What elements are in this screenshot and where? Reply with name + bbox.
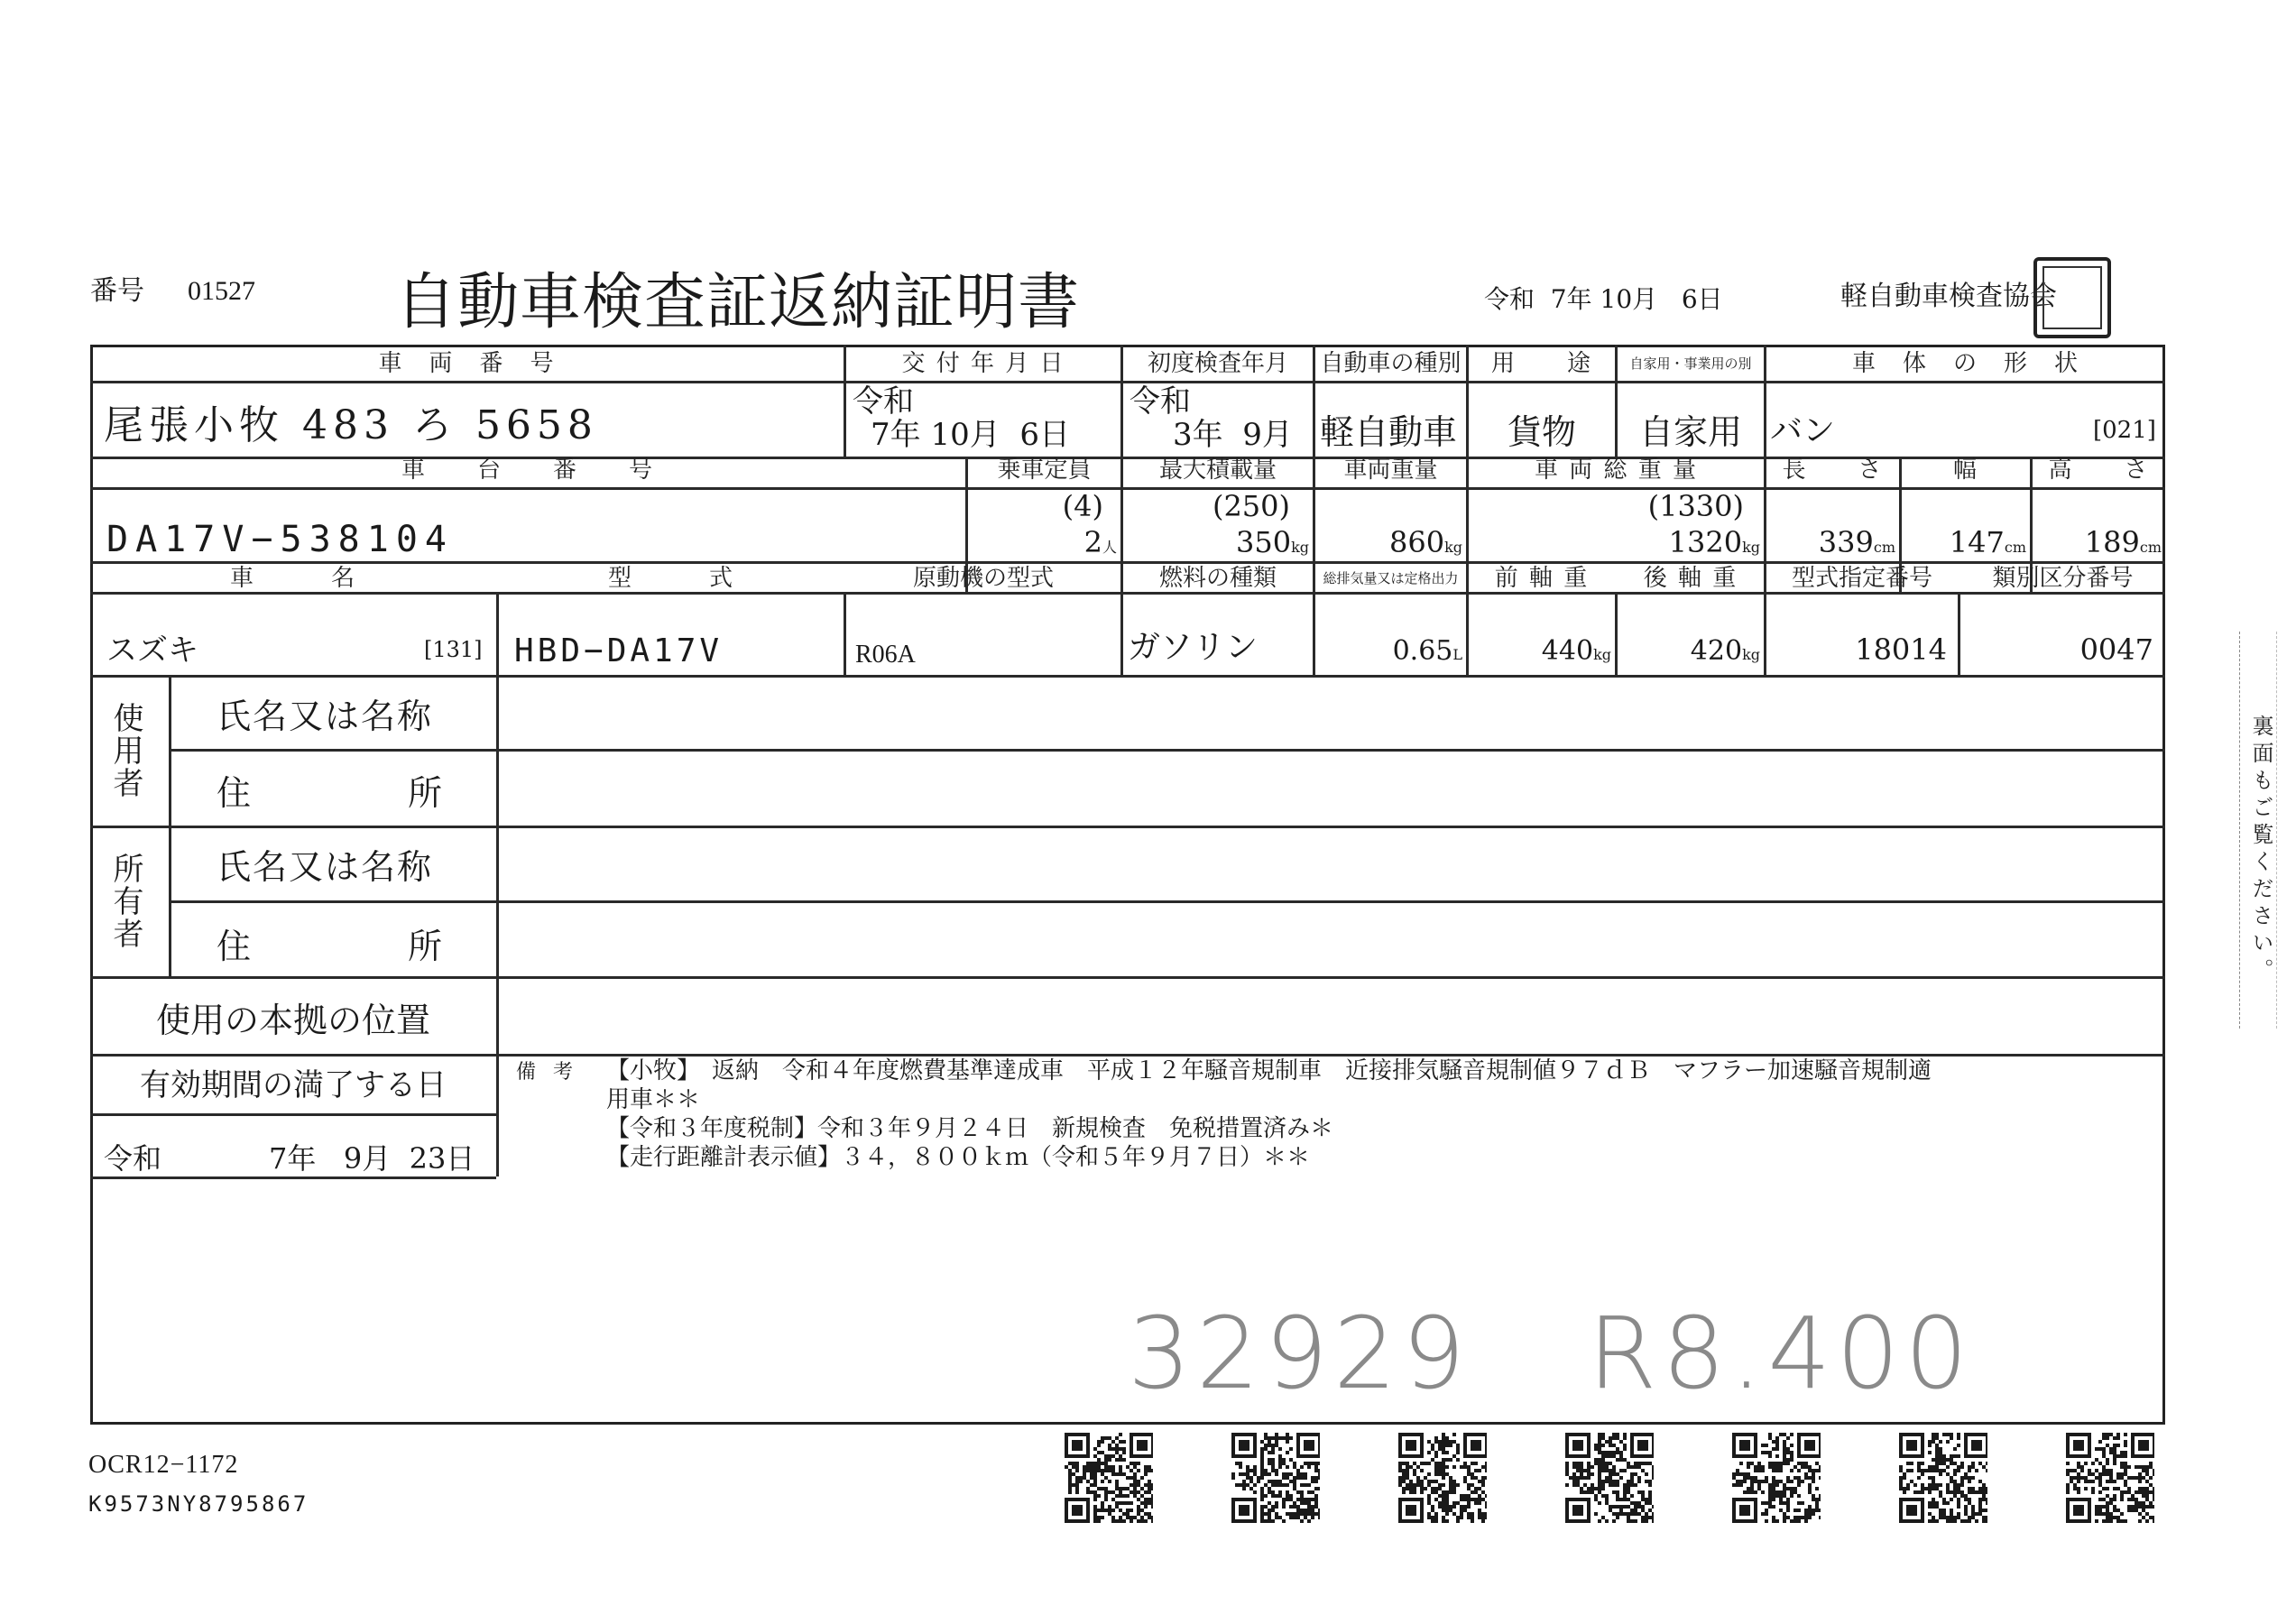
length-number: 339	[1819, 525, 1874, 559]
chassis-number-value: DA17V−538104	[106, 521, 454, 558]
qr-code-4-icon	[1565, 1433, 1654, 1523]
header-car-name: 車 名	[90, 567, 496, 590]
header-width: 幅	[1902, 458, 2030, 482]
header-front-axle: 前 軸 重	[1469, 567, 1615, 590]
expiry-date: 7年 9月 23日	[269, 1144, 475, 1173]
max-load-unit: kg	[1291, 539, 1309, 556]
vehicle-number-value: 尾張小牧 483 ろ 5658	[104, 406, 598, 446]
expiry-label: 有効期間の満了する日	[90, 1070, 496, 1101]
owner-name-label: 氏名又は名称	[217, 850, 433, 884]
displacement-value: 0.65L	[1315, 635, 1462, 667]
owner-group-label: 所有者	[110, 853, 141, 950]
height-number: 189	[2085, 525, 2140, 559]
issuer-name: 軽自動車検査協会	[1840, 283, 2057, 310]
document-number: 01527	[188, 278, 255, 305]
header-rear-axle: 後 軸 重	[1618, 567, 1764, 590]
width-value: 147cm	[1902, 525, 2026, 559]
header-model: 型 式	[499, 567, 844, 590]
header-issue-date: 交 付 年 月 日	[846, 352, 1120, 375]
length-unit: cm	[1874, 539, 1895, 556]
private-business-value: 自家用	[1618, 415, 1764, 449]
max-load-number: 350	[1236, 525, 1291, 559]
base-location-label: 使用の本拠の位置	[90, 1003, 496, 1038]
gross-weight-paren-value: (1330)	[1469, 492, 1744, 521]
header-type-designation: 型式指定番号	[1766, 567, 1958, 590]
first-inspection-value: 3年 9月	[1173, 420, 1293, 450]
width-number: 147	[1950, 525, 2005, 559]
width-unit: cm	[2005, 539, 2026, 556]
qr-code-6-icon	[1899, 1433, 1987, 1523]
handwritten-number: 32929	[1128, 1304, 1471, 1403]
user-address-label-1: 住	[217, 776, 251, 810]
header-first-inspection: 初度検査年月	[1123, 352, 1313, 375]
header-vehicle-weight: 車両重量	[1315, 458, 1466, 482]
displacement-number: 0.65	[1393, 635, 1453, 667]
remarks-label: 備 考	[516, 1063, 578, 1083]
remarks-line-1: 【小牧】 返納 令和４年度燃費基準達成車 平成１２年騒音規制車 近接排気騒音規制…	[606, 1059, 1932, 1083]
height-unit: cm	[2140, 539, 2162, 556]
front-axle-value: 440kg	[1469, 635, 1611, 667]
rear-axle-unit: kg	[1742, 646, 1760, 663]
gross-weight-value: 1320kg	[1469, 525, 1760, 559]
owner-address-label-2: 所	[408, 929, 442, 964]
header-vehicle-number: 車 両 番 号	[90, 352, 844, 375]
capacity-number: 2	[1084, 525, 1102, 559]
rear-axle-number: 420	[1691, 635, 1742, 667]
user-address-label-2: 所	[408, 776, 442, 810]
length-value: 339cm	[1766, 525, 1895, 559]
header-length: 長 さ	[1766, 458, 1899, 482]
body-shape-value: バン	[1770, 415, 1835, 448]
qr-code-3-icon	[1398, 1433, 1487, 1523]
header-height: 高 さ	[2033, 458, 2165, 482]
remarks-line-4: 【走行距離計表示値】３４，８００ｋｍ（令和５年９月７日）＊＊	[606, 1146, 1310, 1169]
usage-value: 貨物	[1469, 415, 1615, 449]
handwritten-note: R8.400	[1588, 1304, 1973, 1403]
remarks-line-3: 【令和３年度税制】令和３年９月２４日 新規検査 免税措置済み＊	[606, 1117, 1333, 1140]
qr-code-7-icon	[2066, 1433, 2154, 1523]
max-load-paren-value: (250)	[1123, 492, 1290, 521]
header-max-load: 最大積載量	[1123, 458, 1313, 482]
car-name-code: [131]	[424, 639, 483, 660]
header-category-number: 類別区分番号	[1960, 567, 2165, 590]
type-designation-value: 18014	[1766, 635, 1947, 664]
category-number-value: 0047	[1960, 635, 2153, 664]
issue-date-era: 令和	[853, 386, 914, 417]
capacity-unit: 人	[1102, 539, 1117, 556]
qr-code-5-icon	[1732, 1433, 1821, 1523]
document-number-label: 番号	[90, 278, 144, 305]
height-value: 189cm	[2033, 525, 2162, 559]
fuel-type-value: ガソリン	[1128, 632, 1258, 664]
rear-axle-value: 420kg	[1618, 635, 1760, 667]
vehicle-type-value: 軽自動車	[1320, 415, 1457, 449]
vehicle-weight-number: 860	[1389, 525, 1444, 559]
header-vehicle-type: 自動車の種別	[1315, 352, 1466, 375]
issue-date-value: 7年 10月 6日	[871, 420, 1070, 450]
remarks-line-2: 用車＊＊	[606, 1088, 700, 1112]
header-displacement: 総排気量又は定格出力	[1315, 572, 1466, 586]
header-private-business: 自家用・事業用の別	[1618, 357, 1764, 371]
owner-address-label-1: 住	[217, 929, 251, 964]
header-engine-model: 原動機の型式	[846, 567, 1120, 590]
document-title: 自動車検査証返納証明書	[395, 272, 1080, 334]
body-shape-code: [021]	[2093, 419, 2156, 442]
displacement-unit: L	[1452, 646, 1462, 663]
qr-code-1-icon	[1065, 1433, 1153, 1523]
capacity-value: 2人	[968, 525, 1117, 559]
engine-model-value: R06A	[855, 642, 916, 668]
first-inspection-era: 令和	[1130, 386, 1191, 417]
capacity-paren-value: (4)	[968, 492, 1103, 521]
car-name-value: スズキ	[106, 635, 198, 666]
side-note-text: 裏面もご覧ください。	[2245, 715, 2277, 985]
header-capacity: 乗車定員	[968, 458, 1120, 482]
gross-weight-number: 1320	[1669, 525, 1742, 559]
front-axle-number: 440	[1542, 635, 1593, 667]
expiry-era: 令和	[104, 1144, 161, 1173]
form-code: OCR12−1172	[88, 1453, 238, 1478]
model-value: HBD−DA17V	[514, 635, 723, 668]
vehicle-weight-unit: kg	[1444, 539, 1462, 556]
serial-number: K9573NY8795867	[88, 1493, 309, 1515]
header-usage: 用 途	[1469, 352, 1615, 375]
header-body-shape: 車 体 の 形 状	[1766, 352, 2165, 375]
header-gross-weight: 車 両 総 重 量	[1469, 458, 1764, 482]
header-chassis-number: 車 台 番 号	[90, 458, 965, 482]
max-load-value: 350kg	[1123, 525, 1309, 559]
qr-code-2-icon	[1231, 1433, 1320, 1523]
user-group-label: 使用者	[110, 702, 141, 799]
vehicle-weight-value: 860kg	[1315, 525, 1462, 559]
official-seal-icon	[2033, 257, 2111, 338]
gross-weight-unit: kg	[1742, 539, 1760, 556]
side-note: 裏面もご覧ください。	[2239, 632, 2277, 1029]
header-fuel-type: 燃料の種類	[1123, 567, 1313, 590]
user-name-label: 氏名又は名称	[217, 699, 433, 734]
issue-date: 令和 7年 10月 6日	[1484, 287, 1723, 312]
front-axle-unit: kg	[1593, 646, 1611, 663]
